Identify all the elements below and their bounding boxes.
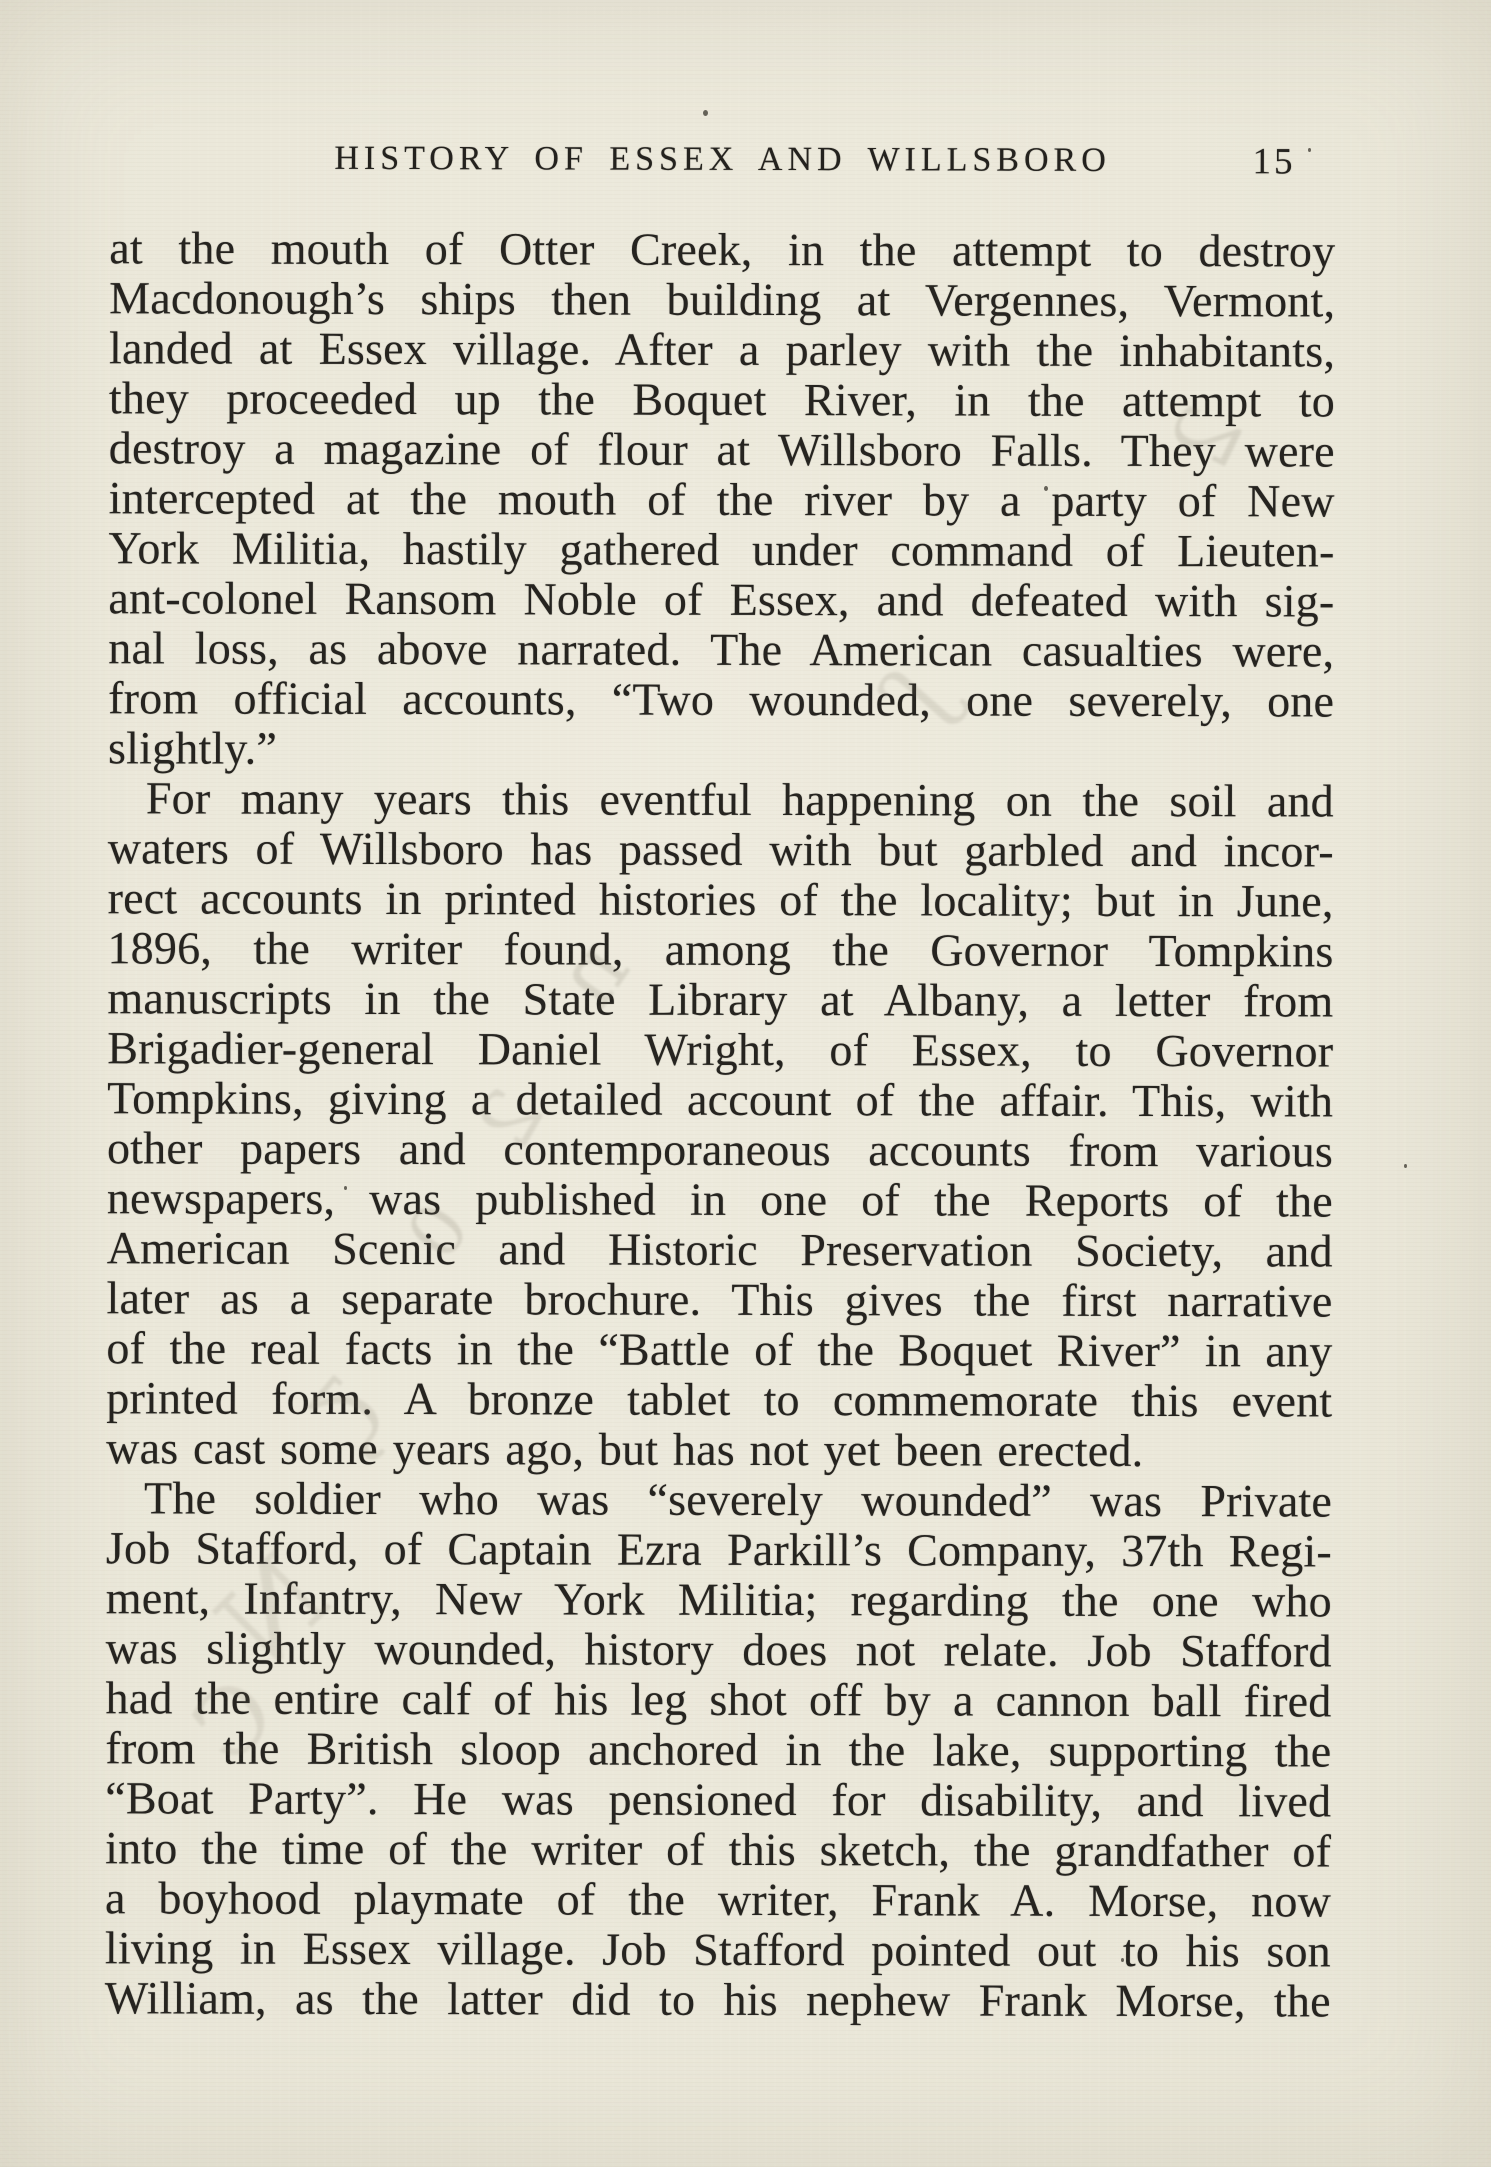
text-line: from official accounts, “Two wounded, on… xyxy=(108,673,1334,726)
text-line: of the real facts in the “Battle of the … xyxy=(106,1323,1332,1376)
text-line: at the mouth of Otter Creek, in the atte… xyxy=(109,223,1335,276)
text-line: landed at Essex village. After a parley … xyxy=(109,323,1335,376)
text-line: nal loss, as above narrated. The America… xyxy=(108,623,1334,676)
text-line: slightly.” xyxy=(108,723,1334,776)
text-line: American Scenic and Historic Preservatio… xyxy=(107,1223,1333,1276)
text-line: waters of Willsboro has passed with but … xyxy=(108,823,1334,876)
body-text: at the mouth of Otter Creek, in the atte… xyxy=(105,223,1336,2026)
text-line: manuscripts in the State Library at Alba… xyxy=(107,973,1333,1026)
text-line: into the time of the writer of this sket… xyxy=(105,1823,1331,1876)
text-line: a boyhood playmate of the writer, Frank … xyxy=(105,1873,1331,1926)
text-line: printed form. A bronze tablet to commemo… xyxy=(106,1373,1332,1426)
text-line: newspapers, was published in one of the … xyxy=(107,1173,1333,1226)
text-line: later as a separate brochure. This gives… xyxy=(107,1273,1333,1326)
text-line: rect accounts in printed histories of th… xyxy=(108,873,1334,926)
text-line: was cast some years ago, but has not yet… xyxy=(106,1423,1332,1476)
text-line: ment, Infantry, New York Militia; regard… xyxy=(106,1573,1332,1626)
text-line: Tompkins, giving a detailed account of t… xyxy=(107,1073,1333,1126)
text-line: from the British sloop anchored in the l… xyxy=(105,1723,1331,1776)
text-line: they proceeded up the Boquet River, in t… xyxy=(109,373,1335,426)
text-line: intercepted at the mouth of the river by… xyxy=(109,473,1335,526)
text-line: ant-colonel Ransom Noble of Essex, and d… xyxy=(108,573,1334,626)
text-line: The soldier who was “severely wounded” w… xyxy=(106,1473,1332,1526)
text-line: Brigadier-general Daniel Wright, of Esse… xyxy=(107,1023,1333,1076)
book-page: HISTORY OF ESSEX AND WILLSBORO 15 at the… xyxy=(0,0,1491,2167)
text-line: other papers and contemporaneous account… xyxy=(107,1123,1333,1176)
text-line: Macdonough’s ships then building at Verg… xyxy=(109,273,1335,326)
text-line: 1896, the writer found, among the Govern… xyxy=(107,923,1333,976)
text-line: living in Essex village. Job Stafford po… xyxy=(105,1923,1331,1976)
text-line: had the entire calf of his leg shot off … xyxy=(105,1673,1331,1726)
text-line: York Militia, hastily gathered under com… xyxy=(108,523,1334,576)
text-line: was slightly wounded, history does not r… xyxy=(106,1623,1332,1676)
text-line: For many years this eventful happening o… xyxy=(108,773,1334,826)
text-line: William, as the latter did to his nephew… xyxy=(105,1973,1331,2026)
page-number: 15 xyxy=(1253,142,1296,182)
running-title: HISTORY OF ESSEX AND WILLSBORO xyxy=(110,138,1336,181)
text-line: Job Stafford, of Captain Ezra Parkill’s … xyxy=(106,1523,1332,1576)
running-header: HISTORY OF ESSEX AND WILLSBORO 15 xyxy=(110,138,1336,185)
text-line: destroy a magazine of flour at Willsboro… xyxy=(109,423,1335,476)
text-line: “Boat Party”. He was pensioned for disab… xyxy=(105,1773,1331,1826)
page-content: HISTORY OF ESSEX AND WILLSBORO 15 at the… xyxy=(0,0,1491,2167)
